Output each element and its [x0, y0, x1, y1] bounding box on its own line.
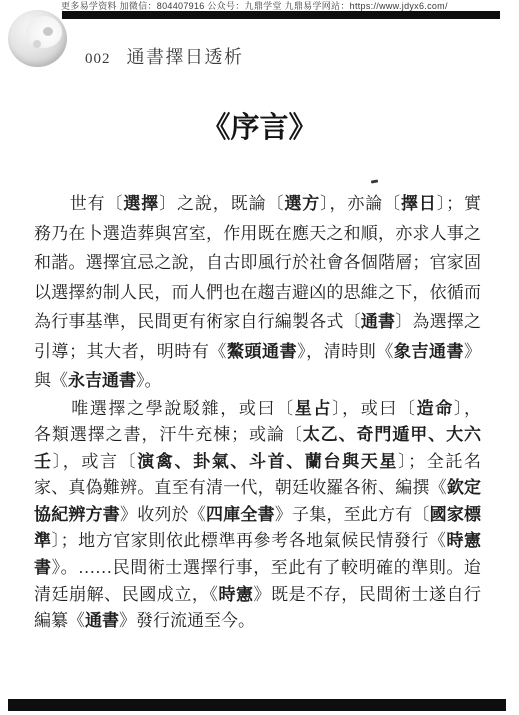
text-line: 和諧。選擇宜忌之說，自古即風行於社會各個階層；官家固 [34, 248, 481, 278]
text-segment: 〕，或曰〔 [332, 399, 417, 418]
text-segment: 》收列於《 [120, 505, 206, 524]
text-line: 各類選擇之書，汗牛充棟；或論〔太乙、奇門遁甲、大六 [34, 422, 481, 449]
text-line: 清廷崩解、民國成立，《時憲》既是不存，民間術士遂自行 [34, 582, 481, 609]
taiji-seal-logo-icon [8, 10, 67, 67]
page-header: 002 通書擇日透析 [85, 43, 244, 69]
emphasized-term: 通書 [361, 312, 395, 331]
text-segment: 〕為選擇之 [395, 312, 481, 331]
text-segment: 〕， [454, 399, 481, 418]
text-segment: 和諧。選擇宜忌之說，自古即風行於社會各個階層；官家固 [34, 253, 481, 272]
book-title: 通書擇日透析 [127, 43, 244, 69]
text-line: 世有〔選擇〕之說，既論〔選方〕，亦論〔擇日〕；實 [34, 189, 481, 219]
logo-dot [43, 27, 53, 36]
paragraph: 唯選擇之學說駁雜，或曰〔星占〕，或曰〔造命〕，各類選擇之書，汗牛充棟；或論〔太乙… [34, 396, 481, 635]
text-line: 唯選擇之學說駁雜，或曰〔星占〕，或曰〔造命〕， [34, 396, 481, 423]
text-line: 準〕；地方官家則依此標準再參考各地氣候民情發行《時憲 [34, 528, 481, 555]
text-line: 與《永吉通書》。 [34, 366, 481, 396]
text-segment: 家、真偽難辨。直至有清一代，朝廷收羅各術、編撰《 [34, 478, 447, 497]
text-segment: 〕；實 [437, 194, 481, 213]
emphasized-term: 四庫全書 [206, 505, 275, 524]
text-line: 協紀辨方書》收列於《四庫全書》子集，至此方有〔國家標 [34, 502, 481, 529]
emphasized-term: 鰲頭通書 [227, 342, 297, 361]
emphasized-term: 擇日 [401, 194, 437, 213]
text-segment: 》子集，至此方有〔 [275, 505, 430, 524]
text-segment: 務乃在卜選造葬與宮室，作用既在應天之和順，亦求人事之 [34, 224, 481, 243]
text-line: 以選擇約制人民，而人們也在趨吉避凶的思維之下，依循而 [34, 278, 481, 308]
text-segment: 》。 [136, 371, 162, 390]
text-segment: 與《 [34, 371, 68, 390]
text-line: 引導；其大者，明時有《鰲頭通書》，清時則《象吉通書》 [34, 337, 481, 367]
text-line: 編纂《通書》發行流通至今。 [34, 608, 481, 635]
text-line: 書》。……民間術士選擇行事，至此有了較明確的準則。迨 [34, 555, 481, 582]
text-line: 務乃在卜選造葬與宮室，作用既在應天之和順，亦求人事之 [34, 219, 481, 249]
text-line: 壬〕，或言〔演禽、卦氣、斗首、蘭台與天星〕；全託名 [34, 449, 481, 476]
text-segment: 》 [464, 342, 481, 361]
text-segment: 引導；其大者，明時有《 [34, 342, 227, 361]
emphasized-term: 造命 [417, 399, 454, 418]
emphasized-term: 協紀辨方書 [34, 505, 120, 524]
text-segment: 》發行流通至今。 [119, 611, 255, 630]
body-text: 世有〔選擇〕之說，既論〔選方〕，亦論〔擇日〕；實務乃在卜選造葬與宮室，作用既在應… [34, 189, 481, 635]
emphasized-term: 星占 [295, 399, 332, 418]
emphasized-term: 象吉通書 [394, 342, 464, 361]
emphasized-term: 永吉通書 [68, 371, 136, 390]
text-segment: 世有〔 [34, 194, 123, 213]
text-segment: 各類選擇之書，汗牛充棟；或論〔 [34, 425, 303, 444]
text-segment: 》，清時則《 [297, 342, 394, 361]
text-line: 為行事基準，民間更有術家自行編製各式〔通書〕為選擇之 [34, 307, 481, 337]
watermark-text: 更多易学资料 加微信：804407916 公众号：九鼎学堂 九鼎易学网站：htt… [61, 1, 448, 11]
text-segment: 以選擇約制人民，而人們也在趨吉避凶的思維之下，依循而 [34, 283, 481, 302]
top-redaction-bar [62, 11, 500, 19]
text-segment: 編纂《 [34, 611, 85, 630]
text-segment: 》既是不存，民間術士遂自行 [254, 585, 481, 604]
text-segment: 清廷崩解、民國成立，《 [34, 585, 218, 604]
emphasized-term: 選方 [284, 194, 320, 213]
text-line: 家、真偽難辨。直至有清一代，朝廷收羅各術、編撰《欽定 [34, 475, 481, 502]
text-segment: 〕；全託名 [398, 452, 481, 471]
emphasized-term: 準 [34, 531, 52, 550]
text-segment: 〕之說，既論〔 [159, 194, 284, 213]
logo-dot-secondary [33, 40, 41, 48]
bottom-redaction-bar [8, 699, 506, 711]
emphasized-term: 演禽、卦氣、斗首、蘭台與天星 [137, 452, 398, 471]
book-page: 更多易学资料 加微信：804407916 公众号：九鼎学堂 九鼎易学网站：htt… [0, 0, 519, 715]
scan-artifact-mark [371, 179, 378, 183]
emphasized-term: 選擇 [123, 194, 159, 213]
text-segment: 〕，或言〔 [53, 452, 138, 471]
paragraph: 世有〔選擇〕之說，既論〔選方〕，亦論〔擇日〕；實務乃在卜選造葬與宮室，作用既在應… [34, 189, 481, 396]
section-title: 《序言》 [0, 105, 519, 146]
emphasized-term: 太乙、奇門遁甲、大六 [303, 425, 481, 444]
text-segment: 》。……民間術士選擇行事，至此有了較明確的準則。迨 [52, 558, 481, 577]
emphasized-term: 時憲 [446, 531, 481, 550]
page-number: 002 [85, 51, 111, 68]
text-segment: 〕，亦論〔 [320, 194, 401, 213]
emphasized-term: 壬 [34, 452, 53, 471]
emphasized-term: 通書 [85, 611, 119, 630]
text-segment: 為行事基準，民間更有術家自行編製各式〔 [34, 312, 361, 331]
emphasized-term: 時憲 [218, 585, 253, 604]
text-segment: 〕；地方官家則依此標準再參考各地氣候民情發行《 [52, 531, 447, 550]
text-segment: 唯選擇之學說駁雜，或曰〔 [34, 399, 295, 418]
emphasized-term: 欽定 [447, 478, 481, 497]
emphasized-term: 國家標 [430, 505, 481, 524]
emphasized-term: 書 [34, 558, 52, 577]
